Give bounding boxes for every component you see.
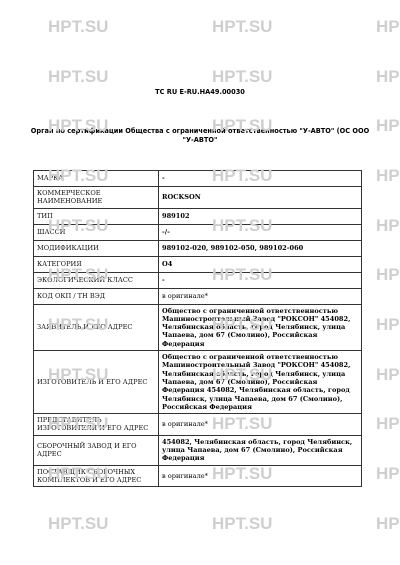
row-label: ТИП [34, 208, 159, 224]
row-value: 989102 [159, 208, 362, 224]
watermark: HPT.SU [212, 17, 272, 37]
watermark: HPT.SU [376, 315, 400, 335]
watermark: HPT.SU [376, 67, 400, 87]
watermark: HPT.SU [376, 265, 400, 285]
watermark: HPT.SU [48, 67, 108, 87]
table-row-manufacturer: ИЗГОТОВИТЕЛЬ И ЕГО АДРЕС Общество с огра… [34, 351, 362, 414]
row-label: КОММЕРЧЕСКОЕ НАИМЕНОВАНИЕ [34, 187, 159, 209]
row-label: ШАССИ [34, 224, 159, 240]
vehicle-spec-table: МАРКА - КОММЕРЧЕСКОЕ НАИМЕНОВАНИЕ ROCKSO… [33, 170, 362, 487]
table-row-manufacturer-representative: ПРЕДСТАВИТЕЛЬ ИЗГОТОВИТЕЛЯ И ЕГО АДРЕС в… [34, 414, 362, 436]
row-label: СБОРОЧНЫЙ ЗАВОД И ЕГО АДРЕС [34, 435, 159, 465]
row-value: в оригинале* [159, 288, 362, 304]
row-value: Общество с ограниченной ответственностью… [159, 304, 362, 350]
row-label: ПОСТАВЩИК СБОРОЧНЫХ КОМПЛЕКТОВ И ЕГО АДР… [34, 465, 159, 487]
watermark: HPT.SU [212, 67, 272, 87]
row-label: ПРЕДСТАВИТЕЛЬ ИЗГОТОВИТЕЛЯ И ЕГО АДРЕС [34, 414, 159, 436]
row-value: в оригинале* [159, 414, 362, 436]
row-value: - [159, 272, 362, 288]
row-label: ЭКОЛОГИЧЕСКИЙ КЛАСС [34, 272, 159, 288]
table-row-modifications: МОДИФИКАЦИИ 989102-020, 989102-050, 9891… [34, 240, 362, 256]
row-value: - [159, 171, 362, 187]
table-row-kit-supplier: ПОСТАВЩИК СБОРОЧНЫХ КОМПЛЕКТОВ И ЕГО АДР… [34, 465, 362, 487]
watermark: HPT.SU [376, 414, 400, 434]
row-label: КАТЕГОРИЯ [34, 256, 159, 272]
watermark: HPT.SU [376, 216, 400, 236]
watermark: HPT.SU [376, 365, 400, 385]
row-label: МОДИФИКАЦИИ [34, 240, 159, 256]
row-label: МАРКА [34, 171, 159, 187]
table-row-type: ТИП 989102 [34, 208, 362, 224]
row-label: ИЗГОТОВИТЕЛЬ И ЕГО АДРЕС [34, 351, 159, 414]
watermark: HPT.SU [212, 514, 272, 534]
row-value: -/- [159, 224, 362, 240]
row-label: ЗАЯВИТЕЛЬ И ЕГО АДРЕС [34, 304, 159, 350]
table-row-brand: МАРКА - [34, 171, 362, 187]
table-row-applicant: ЗАЯВИТЕЛЬ И ЕГО АДРЕС Общество с огранич… [34, 304, 362, 350]
row-value: Общество с ограниченной ответственностью… [159, 351, 362, 414]
table-row-assembly-plant: СБОРОЧНЫЙ ЗАВОД И ЕГО АДРЕС 454082, Челя… [34, 435, 362, 465]
row-value: ROCKSON [159, 187, 362, 209]
row-value: в оригинале* [159, 465, 362, 487]
watermark: HPT.SU [48, 514, 108, 534]
certificate-number: ТС RU E-RU.HA49.00030 [0, 88, 400, 96]
table-row-commercial-name: КОММЕРЧЕСКОЕ НАИМЕНОВАНИЕ ROCKSON [34, 187, 362, 209]
watermark: HPT.SU [376, 166, 400, 186]
watermark: HPT.SU [376, 464, 400, 484]
table-row-eco-class: ЭКОЛОГИЧЕСКИЙ КЛАСС - [34, 272, 362, 288]
row-value: 454082, Челябинская область, город Челяб… [159, 435, 362, 465]
watermark: HPT.SU [376, 17, 400, 37]
table-row-okp-code: КОД ОКП / ТН ВЭД в оригинале* [34, 288, 362, 304]
table-row-chassis: ШАССИ -/- [34, 224, 362, 240]
row-value: 989102-020, 989102-050, 989102-060 [159, 240, 362, 256]
table-row-category: КАТЕГОРИЯ O4 [34, 256, 362, 272]
row-label: КОД ОКП / ТН ВЭД [34, 288, 159, 304]
certification-body: Орган по сертификации Общества с огранич… [30, 127, 370, 145]
row-value: O4 [159, 256, 362, 272]
watermark: HPT.SU [48, 17, 108, 37]
watermark: HPT.SU [376, 116, 400, 136]
watermark: HPT.SU [376, 514, 400, 534]
